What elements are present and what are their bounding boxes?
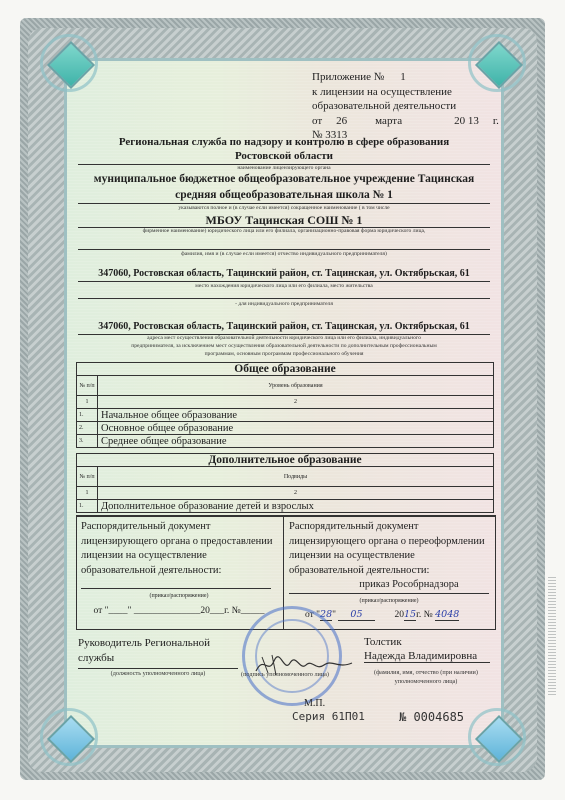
column-header: № п/п [77, 376, 98, 396]
underline [78, 668, 238, 669]
date-month: марта [375, 115, 402, 127]
underline [78, 203, 490, 204]
name-caption: (фамилия, имя, отчество (при наличии) уп… [360, 668, 492, 686]
grant-document-text: Распорядительный документ лицензирующего… [81, 520, 277, 578]
address-caption: предпринимателя, за исключением мест осу… [64, 343, 504, 349]
license-appendix: Приложение №1 к лицензии на осуществлени… [64, 58, 504, 748]
authority-name: Региональная служба по надзору и контрол… [64, 136, 504, 148]
address-caption: - для индивидуального предпринимателя [64, 301, 504, 307]
column-header: Уровень образования [98, 376, 494, 396]
row-number: 1. [77, 409, 98, 422]
activity-address: 347060, Ростовская область, Тацинский ра… [64, 321, 504, 332]
column-header: № п/п [77, 467, 98, 487]
underline [78, 298, 490, 299]
organization-full-name: муниципальное бюджетное общеобразователь… [64, 173, 504, 185]
printer-imprint [548, 575, 556, 695]
date-day: 26 [336, 115, 347, 127]
table-title: Дополнительное образование [77, 454, 494, 467]
table-row: 2.Основное общее образование [77, 422, 494, 435]
address-caption: адреса мест осуществления образовательно… [64, 335, 504, 341]
reissue-order-type: приказ Рособрнадзора [289, 578, 489, 594]
signature-caption: (подпись уполномоченного лица) [240, 670, 330, 679]
date-year-prefix: 20 [395, 610, 405, 620]
date-year-unit: г. [493, 115, 499, 127]
position-caption: (должность уполномоченного лица) [78, 670, 238, 677]
row-number: 1. [77, 500, 98, 513]
signatory-surname: Толстик [364, 636, 402, 648]
reissue-document-text: Распорядительный документ лицензирующего… [289, 520, 489, 578]
signatory-name: Надежда Владимировна [364, 650, 490, 663]
column-index: 2 [98, 487, 494, 500]
underline [78, 249, 490, 250]
column-header: Подвиды [98, 467, 494, 487]
education-level: Начальное общее образование [98, 409, 494, 422]
organization-caption: указываются полное и (в случае если имее… [64, 205, 504, 211]
grant-document-date: от "____" ______________20___г. №_____ [81, 604, 277, 619]
reissue-document-caption: (приказ/распоряжение) [289, 594, 489, 609]
table-row: 3.Среднее общее образование [77, 435, 494, 448]
appendix-header: Приложение №1 к лицензии на осуществлени… [312, 70, 499, 143]
column-index: 2 [98, 396, 494, 409]
table-row: 1.Дополнительное образование детей и взр… [77, 500, 494, 513]
table-row: 1.Начальное общее образование [77, 409, 494, 422]
row-number: 2. [77, 422, 98, 435]
signatory-position: Руководитель Региональной службы [78, 636, 228, 666]
appendix-line: образовательной деятельности [312, 99, 499, 114]
appendix-label: Приложение № [312, 71, 384, 83]
general-education-table: Общее образование № п/пУровень образован… [76, 362, 494, 448]
grant-document-box: Распорядительный документ лицензирующего… [81, 517, 277, 629]
appendix-line: к лицензии на осуществление [312, 85, 499, 100]
date-year-prefix: 20 [454, 115, 465, 127]
form-series: Серия 61П01 [292, 710, 365, 723]
education-level: Основное общее образование [98, 422, 494, 435]
address-caption: программам, основным программам професси… [64, 351, 504, 357]
underline [78, 281, 490, 282]
column-index: 1 [77, 487, 98, 500]
column-index: 1 [77, 396, 98, 409]
form-number: № 0004685 [399, 710, 464, 724]
date-year-unit: г. № [416, 610, 433, 620]
date-month: 05 [338, 609, 374, 621]
education-subtype: Дополнительное образование детей и взрос… [98, 500, 494, 513]
address-caption: место нахождения юридического лица или е… [64, 283, 504, 289]
authority-region: Ростовской области [64, 150, 504, 162]
seal-label: М.П. [304, 698, 325, 709]
date-prefix: от [312, 115, 322, 127]
organization-short-name: МБОУ Тацинская СОШ № 1 [64, 213, 504, 228]
row-number: 3. [77, 435, 98, 448]
organization-full-name: средняя общеобразовательная школа № 1 [64, 189, 504, 201]
date-year: 15 [404, 609, 416, 621]
additional-education-table: Дополнительное образование № п/пПодвиды … [76, 453, 494, 513]
organization-caption: фамилия, имя и (в случае если имеется) о… [64, 251, 504, 257]
grant-document-caption: (приказ/распоряжение) [81, 589, 277, 604]
authority-caption: наименование лицензирующего органа [64, 165, 504, 171]
appendix-number: 1 [400, 71, 406, 83]
table-title: Общее образование [77, 363, 494, 376]
education-level: Среднее общее образование [98, 435, 494, 448]
legal-address: 347060, Ростовская область, Тацинский ра… [64, 268, 504, 279]
order-number: 4048 [435, 609, 459, 621]
organization-caption: фирменное наименование) юридического лиц… [64, 228, 504, 234]
reissue-document-box: Распорядительный документ лицензирующего… [289, 517, 489, 629]
date-year: 13 [468, 115, 479, 127]
